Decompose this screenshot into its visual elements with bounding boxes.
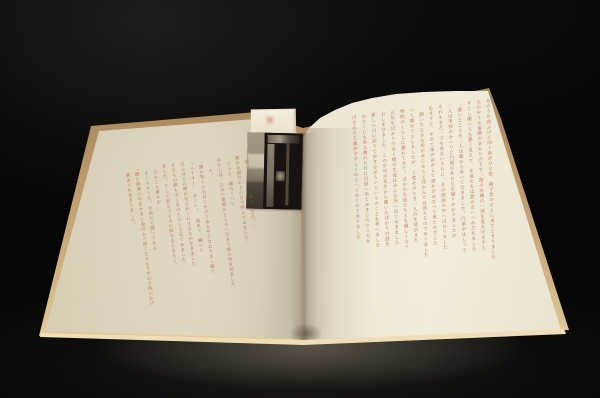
right-page-text: そのうち夜ふけに四十雀がひと処、硝子窓のそとに来てとまりました人のやうな電燈のあ… xyxy=(345,98,499,314)
photo-doorway-scene xyxy=(263,133,303,210)
photo-lintel-highlight xyxy=(268,135,300,144)
photo-bright-spot xyxy=(276,171,285,181)
photo-frame-line xyxy=(285,143,289,205)
photo-door-edge xyxy=(266,144,274,207)
photo-of-open-book: 「開けるわー！ おい、だれ！」誰かお留守の上の方で呼んでゐました。 ミっと、顔の… xyxy=(0,0,600,398)
tab-stamp-mark xyxy=(265,115,275,125)
left-page-text: 「開けるわー！ おい、だれ！」誰かお留守の上の方で呼んでゐました。 ミっと、顔の… xyxy=(117,154,267,320)
